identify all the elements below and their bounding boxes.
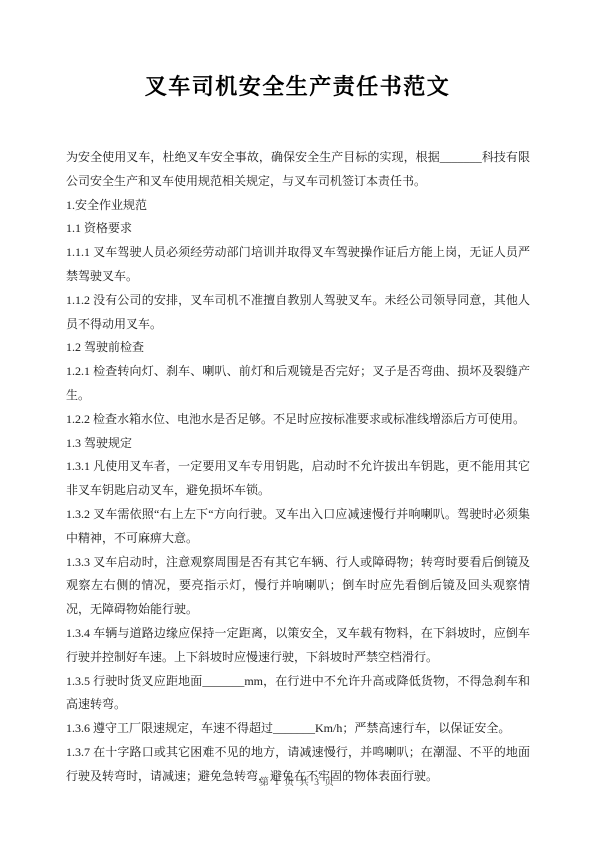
document-body: 为安全使用叉车，杜绝叉车安全事故，确保安全生产目标的实现，根据_______科技…	[66, 146, 530, 789]
clause-1-3-1: 1.3.1 凡使用叉车者，一定要用叉车专用钥匙，启动时不允许拔出车钥匙，更不能用…	[66, 455, 530, 503]
document-page: 叉车司机安全生产责任书范文 为安全使用叉车，杜绝叉车安全事故，确保安全生产目标的…	[0, 0, 595, 841]
clause-1-3-3: 1.3.3 叉车启动时，注意观察周围是否有其它车辆、行人或障碍物；转弯时要看后倒…	[66, 551, 530, 622]
heading-1-3: 1.3 驾驶规定	[66, 432, 530, 456]
clause-1-2-2: 1.2.2 检查水箱水位、电池水是否足够。不足时应按标准要求或标准线增添后方可使…	[66, 408, 530, 432]
clause-1-3-6: 1.3.6 遵守工厂限速规定，车速不得超过_______Km/h；严禁高速行车，…	[66, 717, 530, 741]
heading-1-2: 1.2 驾驶前检查	[66, 336, 530, 360]
clause-1-1-1: 1.1.1 叉车驾驶人员必须经劳动部门培训并取得叉车驾驶操作证后方能上岗，无证人…	[66, 241, 530, 289]
clause-1-3-4: 1.3.4 车辆与道路边缘应保持一定距离，以策安全，叉车载有物料，在下斜坡时，应…	[66, 622, 530, 670]
clause-1-3-2: 1.3.2 叉车需依照“右上左下“方向行驶。叉车出入口应减速慢行并响喇叭。驾驶时…	[66, 503, 530, 551]
heading-section-1: 1.安全作业规范	[66, 194, 530, 218]
document-title: 叉车司机安全生产责任书范文	[0, 0, 595, 102]
intro-paragraph: 为安全使用叉车，杜绝叉车安全事故，确保安全生产目标的实现，根据_______科技…	[66, 146, 530, 194]
clause-1-2-1: 1.2.1 检查转向灯、刹车、喇叭、前灯和后观镜是否完好；叉子是否弯曲、损坏及裂…	[66, 360, 530, 408]
heading-1-1: 1.1 资格要求	[66, 217, 530, 241]
clause-1-1-2: 1.1.2 没有公司的安排，叉车司机不准擅自教别人驾驶叉车。未经公司领导同意，其…	[66, 289, 530, 337]
clause-1-3-5: 1.3.5 行驶时货叉应距地面_______mm，在行进中不允许升高或降低货物，…	[66, 670, 530, 718]
page-number: 第 1 页 共 3 页	[0, 774, 595, 788]
